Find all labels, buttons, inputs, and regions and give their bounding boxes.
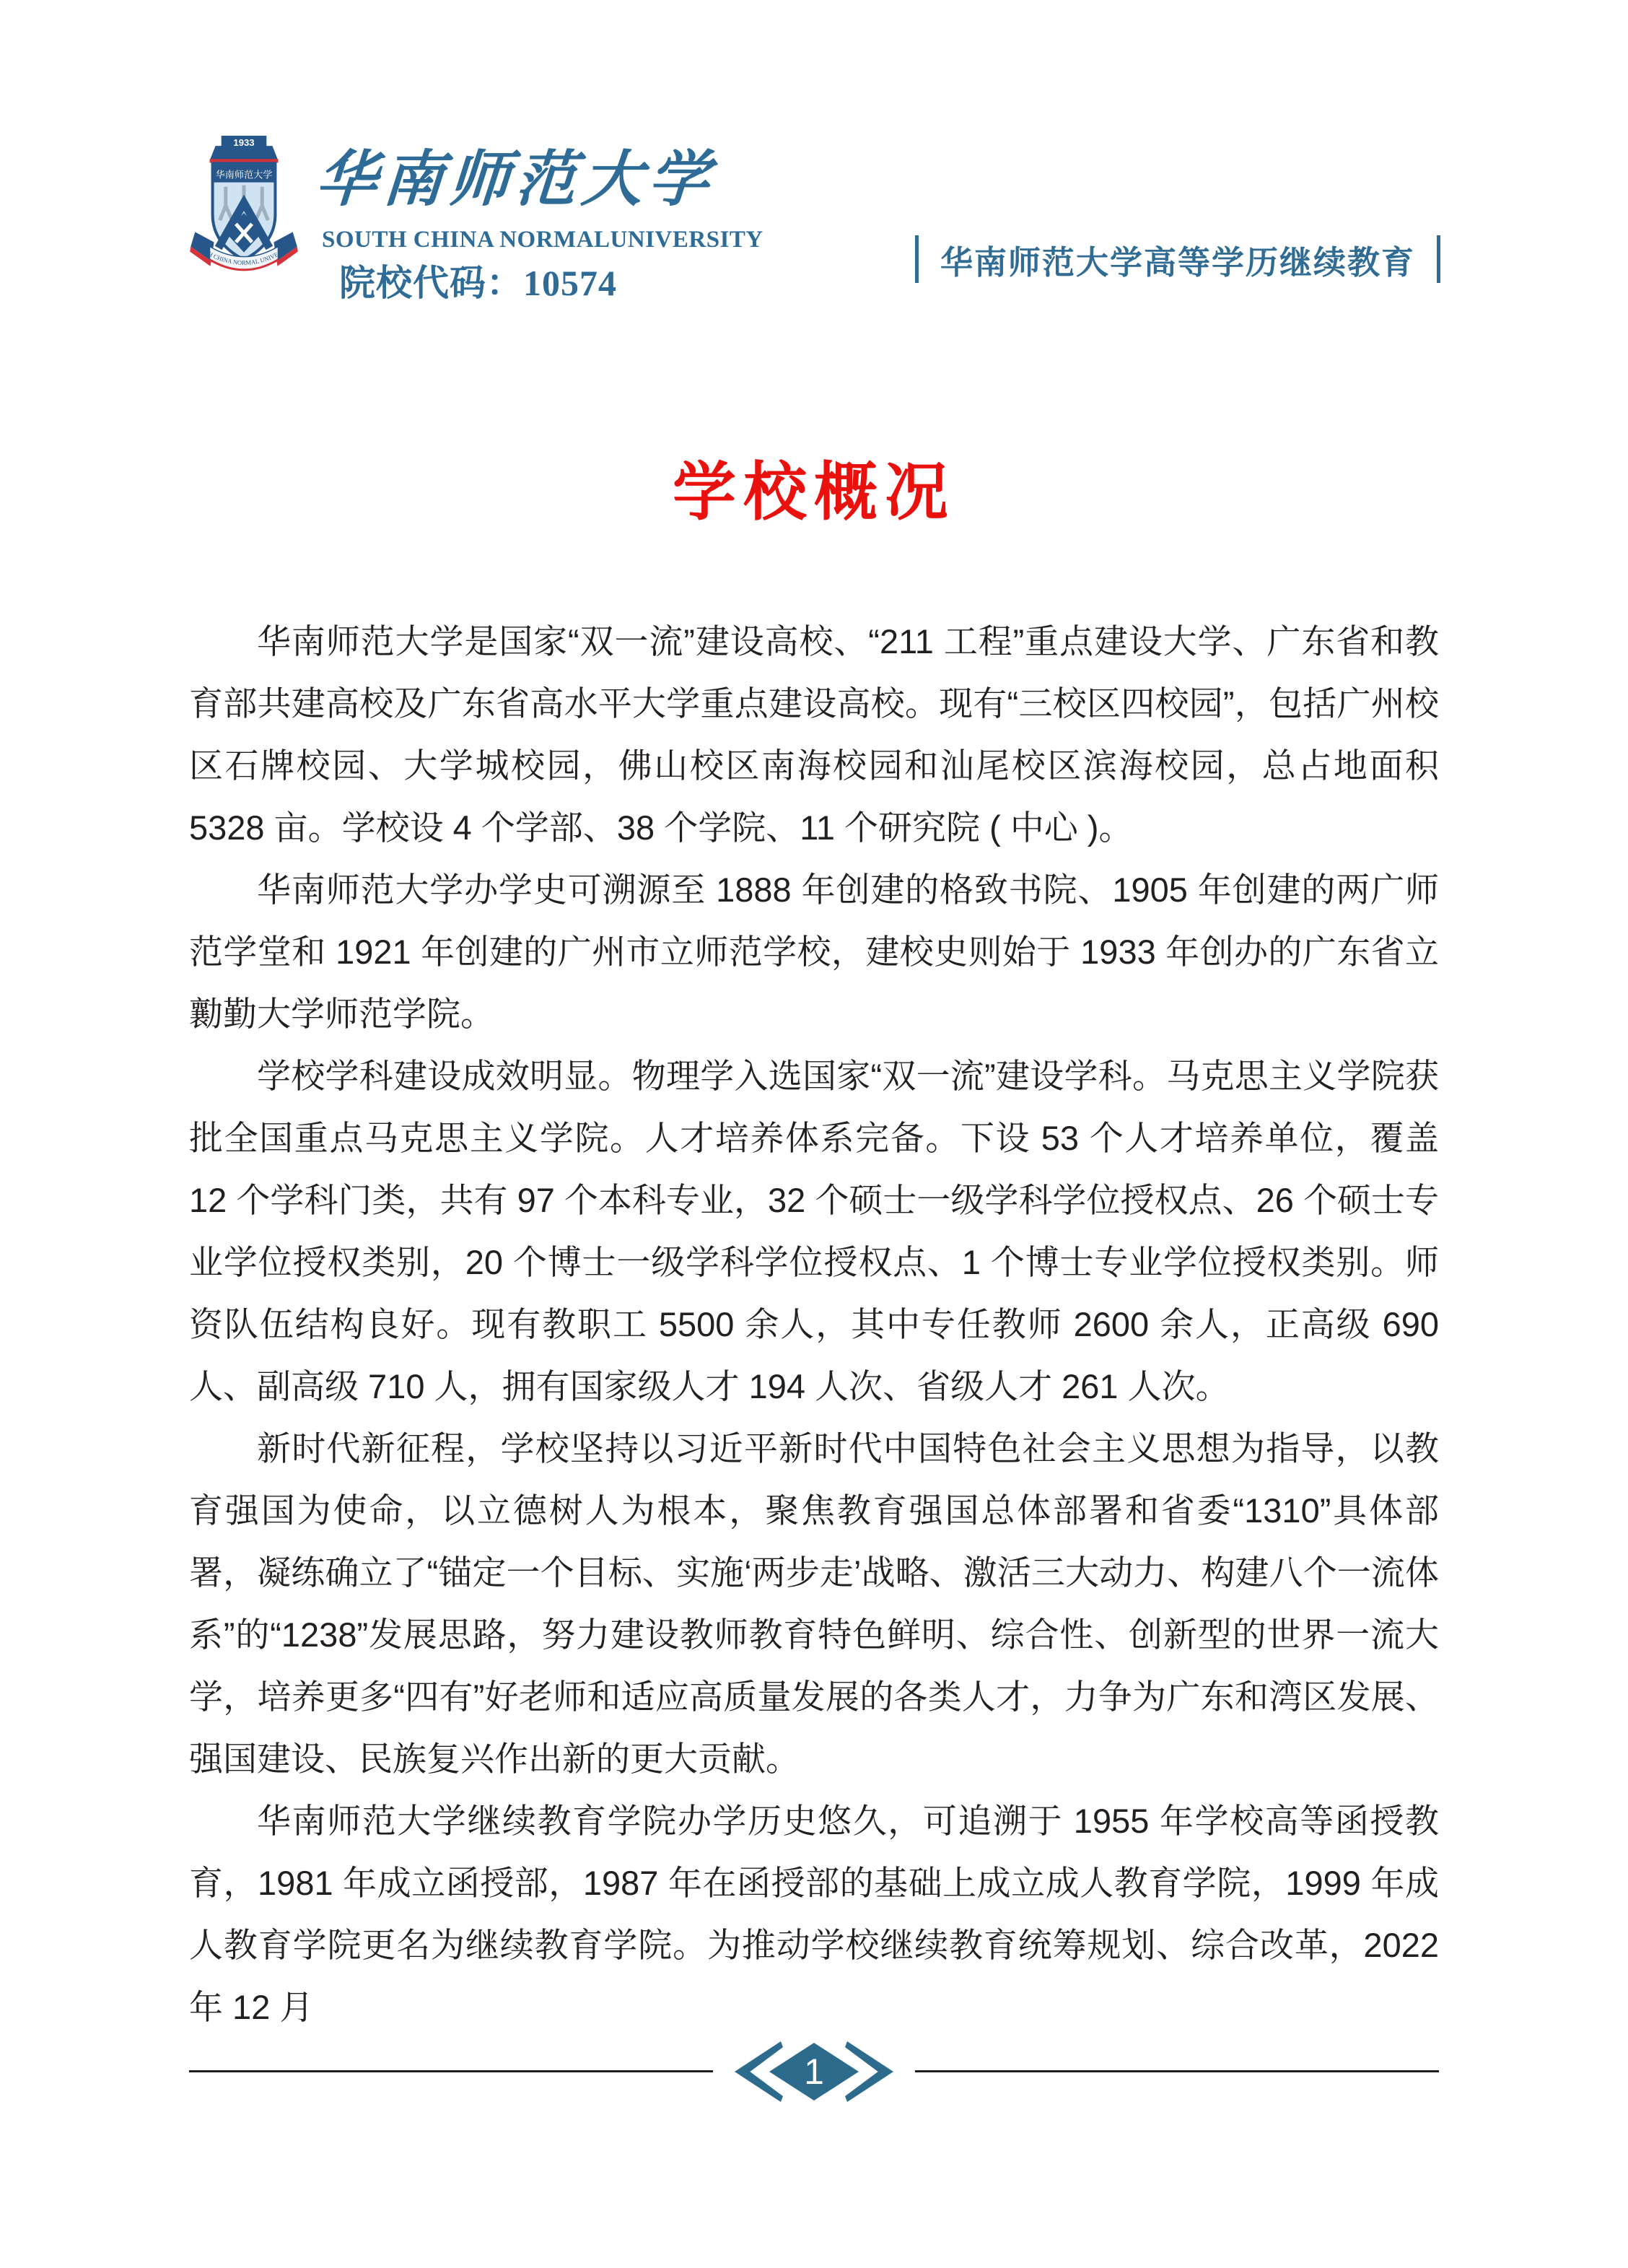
paragraph-disciplines: 学校学科建设成效明显。物理学入选国家“双一流”建设学科。马克思主义学院获批全国重… — [189, 1045, 1439, 1418]
document-page: 1933 华南师范大学 SOUTH CHINA NORMAL UNIVERSIT… — [0, 0, 1628, 2268]
banner-left-bar — [915, 235, 919, 283]
body-text: 华南师范大学是国家“双一流”建设高校、“211 工程”重点建设大学、广东省和教育… — [189, 611, 1439, 2038]
paragraph-history: 华南师范大学办学史可溯源至 1888 年创建的格致书院、1905 年创建的两广师… — [189, 859, 1439, 1045]
page-number: 1 — [804, 2051, 824, 2092]
emblem-shield-name: 华南师范大学 — [216, 169, 273, 180]
university-name-english: SOUTH CHINA NORMALUNIVERSITY — [322, 227, 763, 253]
paragraph-overview: 华南师范大学是国家“双一流”建设高校、“211 工程”重点建设大学、广东省和教育… — [189, 611, 1439, 859]
paragraph-new-era: 新时代新征程，学校坚持以习近平新时代中国特色社会主义思想为指导，以教育强国为使命… — [189, 1418, 1439, 1790]
institution-code: 院校代码：10574 — [339, 254, 617, 306]
page-number-ornament: 1 — [713, 2028, 915, 2115]
banner-right-bar — [1437, 235, 1440, 283]
paragraph-continuing-education: 华南师范大学继续教育学院办学历史悠久，可追溯于 1955 年学校高等函授教育，1… — [189, 1790, 1439, 2038]
university-emblem-icon: 1933 华南师范大学 SOUTH CHINA NORMAL UNIVERSIT… — [189, 136, 299, 282]
university-name-calligraphy: 华南师范大学 — [313, 140, 694, 224]
emblem-cap-flare — [210, 146, 279, 160]
page-title: 学校概况 — [0, 442, 1628, 533]
header-right-banner: 华南师范大学高等学历继续教育 — [915, 235, 1440, 283]
emblem-year: 1933 — [233, 137, 254, 148]
banner-text: 华南师范大学高等学历继续教育 — [940, 236, 1415, 283]
